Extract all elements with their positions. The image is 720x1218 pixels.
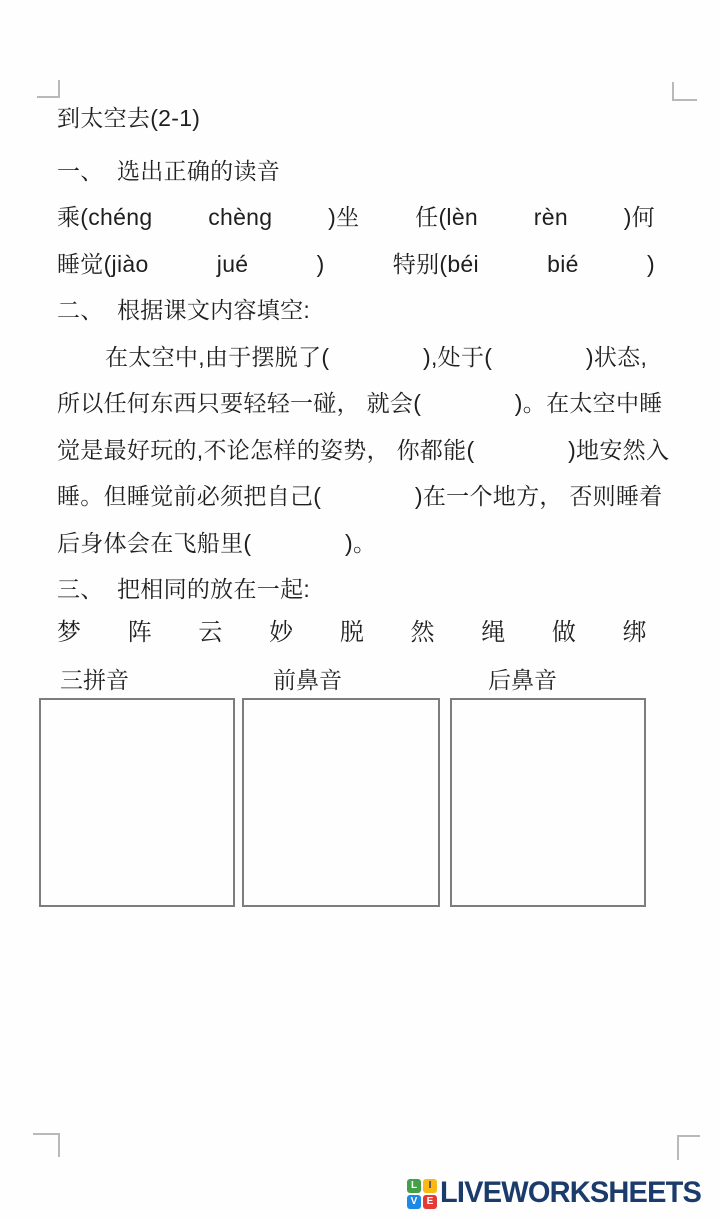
category-label-qianbiyin: 前鼻音 <box>273 662 342 695</box>
character-item: 绑 <box>623 617 647 649</box>
character-item: 做 <box>552 617 576 649</box>
character-item: 阵 <box>128 617 152 649</box>
character-item: 绳 <box>481 617 505 649</box>
pinyin-item: 任(lèn <box>415 201 478 233</box>
character-item: 云 <box>198 617 222 649</box>
pinyin-item: ) <box>647 248 655 280</box>
pinyin-item: bié <box>547 248 579 280</box>
fill-blank-line-4: 睡。但睡觉前必须把自己( )在一个地方， 否则睡着 <box>57 480 657 512</box>
section1-heading: 一、 选出正确的读音 <box>57 155 657 187</box>
pinyin-item: 特别(béi <box>393 248 479 280</box>
sort-box-qianbiyin[interactable] <box>242 698 440 907</box>
category-labels-row: 三拼音 前鼻音 后鼻音 <box>0 662 720 694</box>
section2-heading: 二、 根据课文内容填空: <box>57 294 657 326</box>
character-item: 然 <box>411 617 435 649</box>
pinyin-item: )坐 <box>328 201 359 233</box>
pinyin-item: ) <box>317 248 325 280</box>
fill-blank-line-2: 所以任何东西只要轻轻一碰， 就会( )。在太空中睡 <box>57 387 657 419</box>
pinyin-item: 乘(chéng <box>57 201 152 233</box>
character-item: 脱 <box>340 617 364 649</box>
margin-corner-mark-top-left <box>37 80 60 98</box>
sort-box-sanpinyin[interactable] <box>39 698 235 907</box>
logo-tile-e: E <box>423 1195 437 1209</box>
character-item: 妙 <box>269 617 293 649</box>
sort-box-houbiyin[interactable] <box>450 698 646 907</box>
logo-tile-v: V <box>407 1195 421 1209</box>
category-label-sanpinyin: 三拼音 <box>60 662 129 695</box>
pinyin-item: )何 <box>624 201 655 233</box>
worksheet-page: 到太空去(2-1) 一、 选出正确的读音 乘(chéng chèng )坐 任(… <box>0 0 720 1218</box>
category-label-houbiyin: 后鼻音 <box>488 662 557 695</box>
section1-pinyin-row-2: 睡觉(jiào jué ) 特别(béi bié ) <box>57 248 655 280</box>
section1-pinyin-row-1: 乘(chéng chèng )坐 任(lèn rèn )何 <box>57 201 655 233</box>
pinyin-item: chèng <box>208 201 272 233</box>
pinyin-item: rèn <box>534 201 568 233</box>
liveworksheets-wordmark: LIVEWORKSHEETS <box>440 1177 701 1211</box>
fill-blank-line-5: 后身体会在飞船里( )。 <box>57 527 657 559</box>
logo-tile-l: L <box>407 1179 421 1193</box>
pinyin-item: 睡觉(jiào <box>57 248 149 280</box>
liveworksheets-grid-icon: L I V E <box>407 1179 437 1209</box>
margin-corner-mark-bottom-right <box>677 1135 700 1160</box>
margin-corner-mark-top-right <box>672 82 697 101</box>
character-list: 梦 阵 云 妙 脱 然 绳 做 绑 <box>57 617 647 649</box>
section3-heading: 三、 把相同的放在一起: <box>57 573 657 605</box>
liveworksheets-logo[interactable]: L I V E LIVEWORKSHEETS <box>407 1177 701 1210</box>
logo-tile-i: I <box>423 1179 437 1193</box>
worksheet-title: 到太空去(2-1) <box>57 102 657 134</box>
margin-corner-mark-bottom-left <box>33 1133 60 1157</box>
character-item: 梦 <box>57 617 81 649</box>
pinyin-item: jué <box>217 248 249 280</box>
fill-blank-line-3: 觉是最好玩的,不论怎样的姿势， 你都能( )地安然入 <box>57 434 657 466</box>
fill-blank-line-1: 在太空中,由于摆脱了( ),处于( )状态, <box>57 341 657 373</box>
